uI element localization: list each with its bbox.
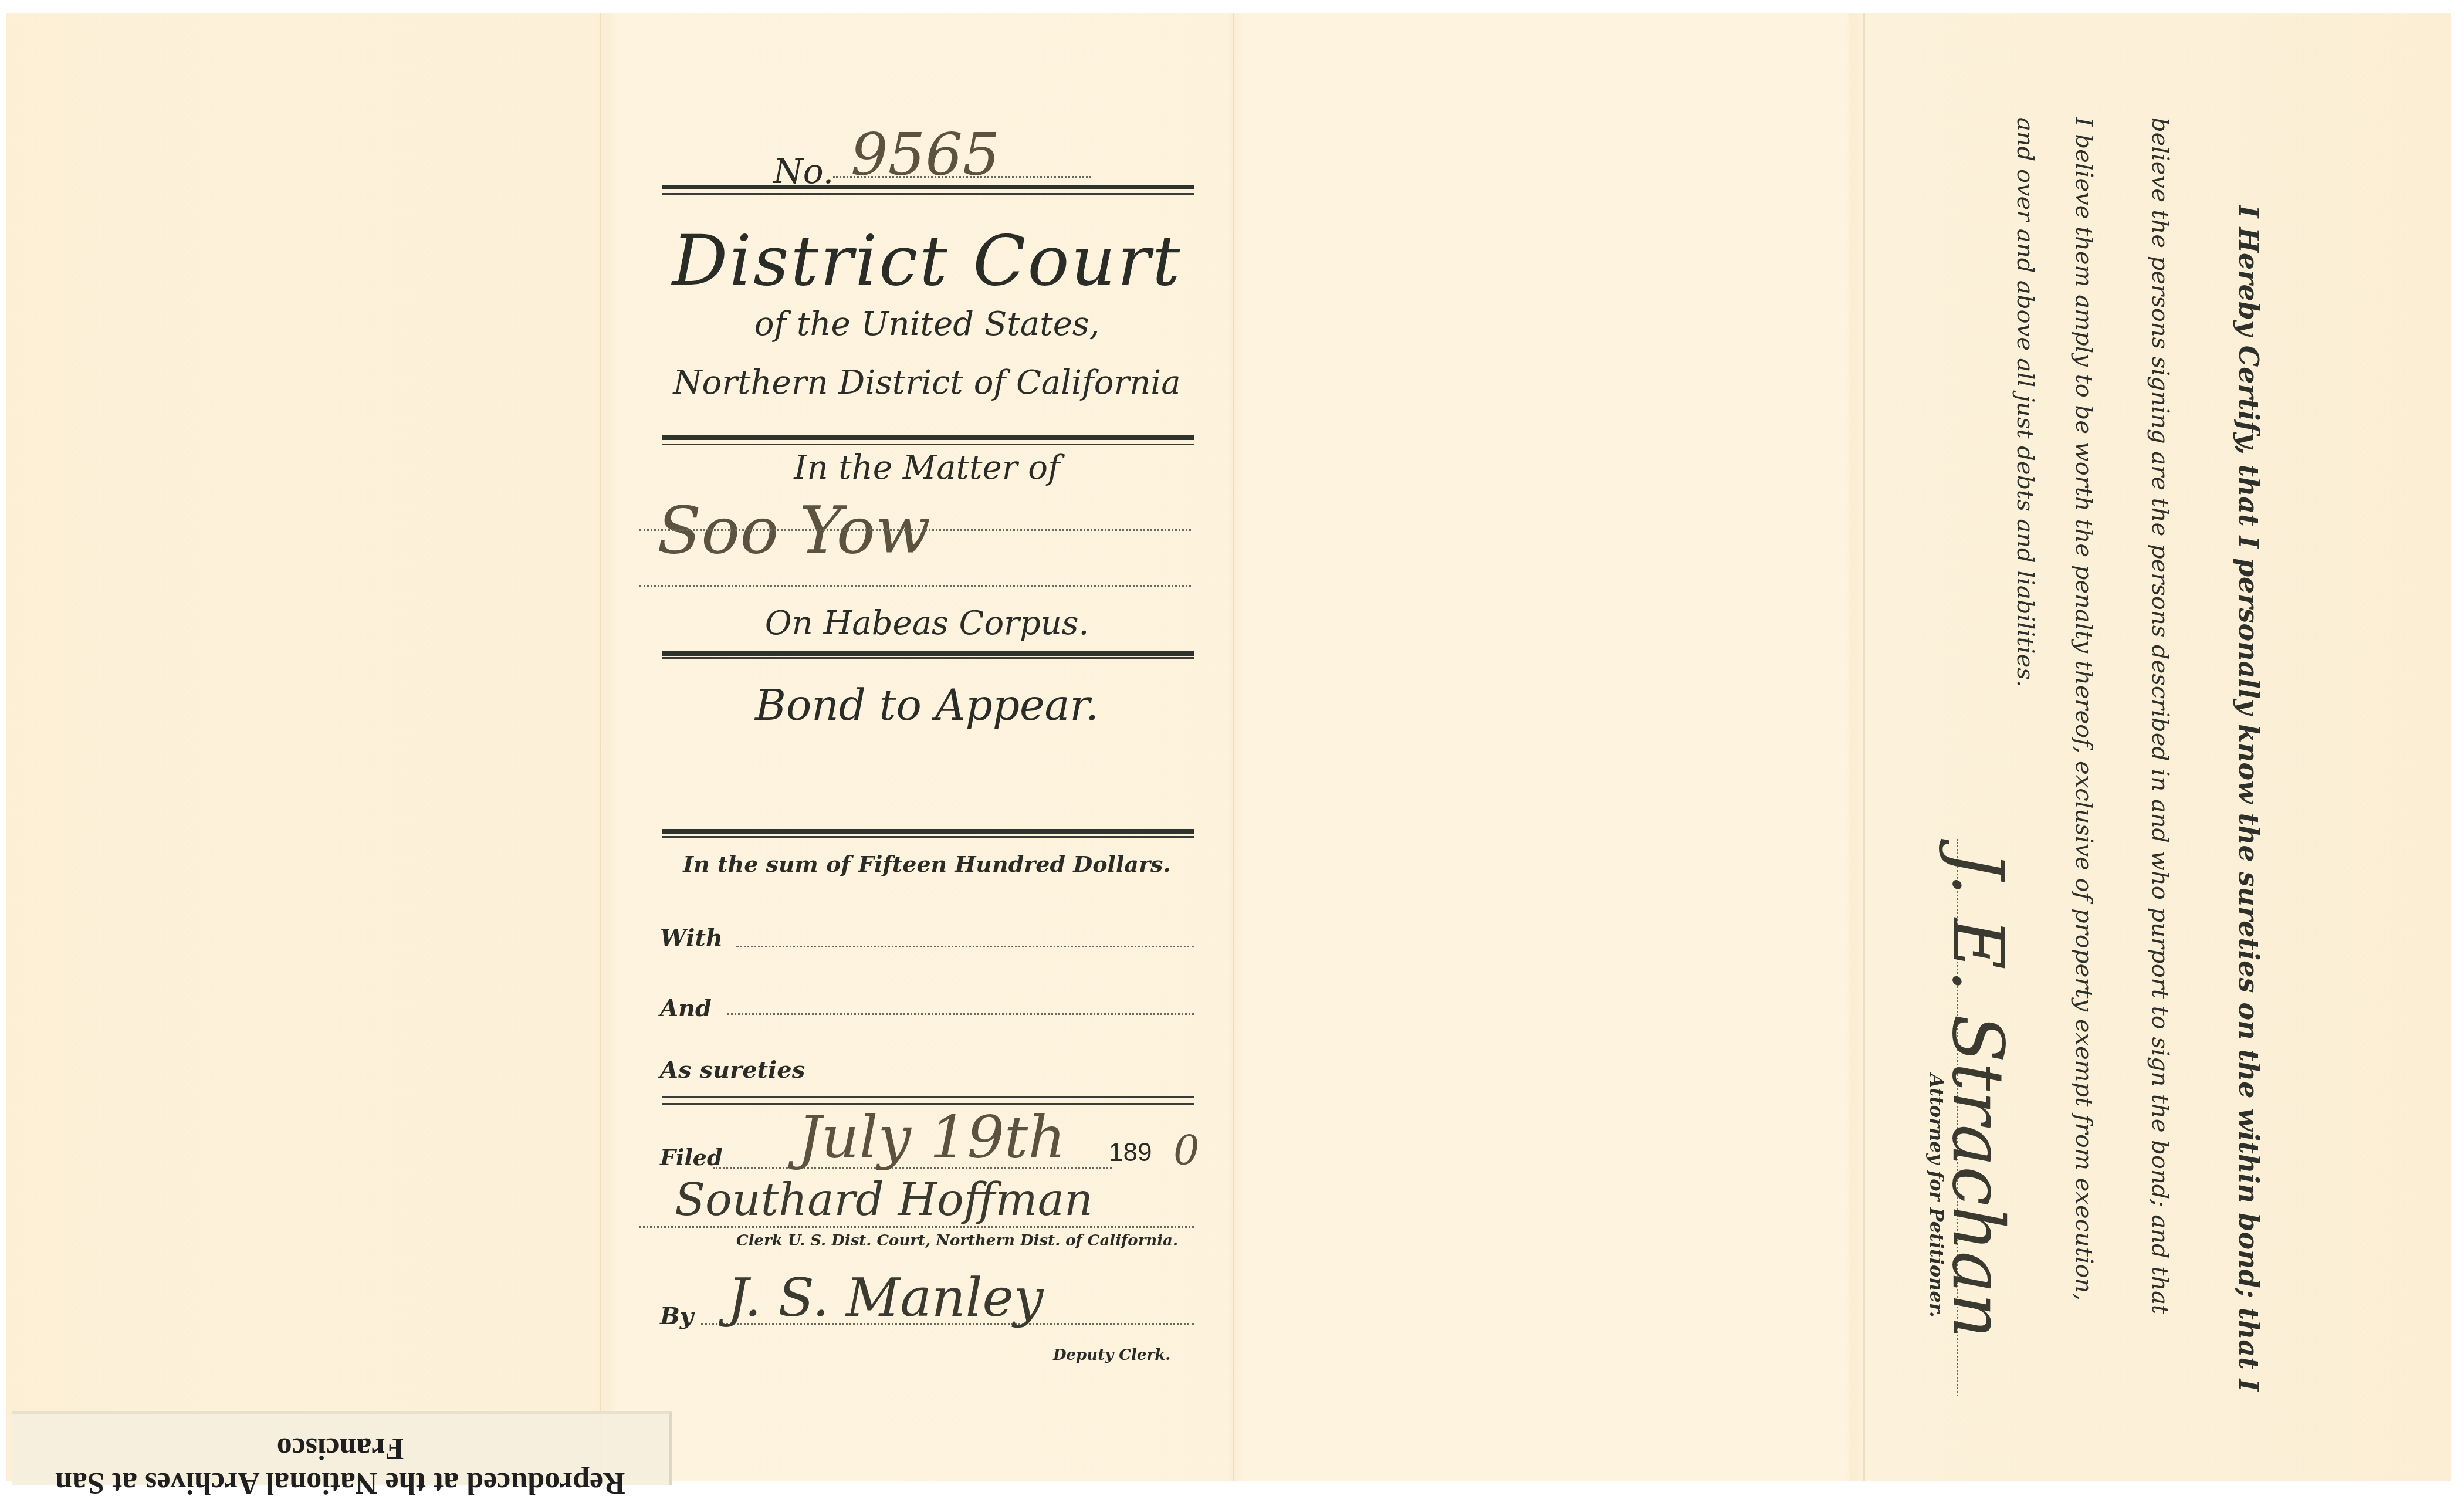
archive-stamp: Reproduced at the National Archives at S… [12,1411,672,1485]
filed-date: July 19th [798,1103,1066,1172]
rule [662,836,1194,838]
attorney-title: Attorney for Petitioner. [1925,1074,1948,1318]
certify-line-3: I believe them amply to be worth the pen… [2070,117,2097,1301]
deputy-title: Deputy Clerk. [1053,1346,1200,1364]
fold-line [1233,13,1234,1481]
rule [662,651,1194,656]
clerk-line [639,1226,1194,1228]
fold-line [600,13,601,1481]
document-title: Bond to Appear. [639,681,1214,730]
matter-line [639,585,1191,587]
rule [662,1096,1194,1098]
attorney-signature: J. E. Strachan [1937,851,2018,1339]
rule [662,435,1194,440]
rule [662,657,1194,659]
rule [662,444,1194,445]
fold-line [1863,13,1865,1481]
proceeding-label: On Habeas Corpus. [639,604,1214,642]
sureties-label: As sureties [660,1056,805,1084]
filed-year-prefix: 189 [1109,1138,1152,1167]
certify-line-1: I Hereby Certify, that I personally know… [2233,205,2265,1392]
rule [662,829,1194,834]
deputy-signature: J. S. Manley [727,1267,1044,1329]
matter-label: In the Matter of [639,449,1214,487]
with-label: With [660,924,723,952]
court-title: District Court [639,220,1214,301]
filed-label: Filed [660,1144,723,1170]
archive-stamp-text: Reproduced at the National Archives at S… [47,1431,634,1496]
court-subtitle-2: Northern District of California [639,364,1214,402]
and-label: And [660,994,712,1022]
with-line [736,946,1194,947]
case-number: 9565 [851,120,1000,189]
sum-text: In the sum of Fifteen Hundred Dollars. [639,851,1214,877]
certify-line-2: believe the persons signing are the pers… [2147,117,2174,1314]
clerk-signature: Southard Hoffman [675,1173,1093,1226]
and-line [727,1013,1194,1015]
rule [662,193,1194,195]
rule [662,185,1194,189]
clerk-title: Clerk U. S. Dist. Court, Northern Dist. … [736,1232,1194,1250]
matter-line [639,529,1191,531]
certify-line-4: and over and above all just debts and li… [2012,117,2039,688]
by-label: By [660,1302,693,1330]
filed-year-suffix: 0 [1173,1126,1200,1175]
court-subtitle-1: of the United States, [639,305,1214,343]
